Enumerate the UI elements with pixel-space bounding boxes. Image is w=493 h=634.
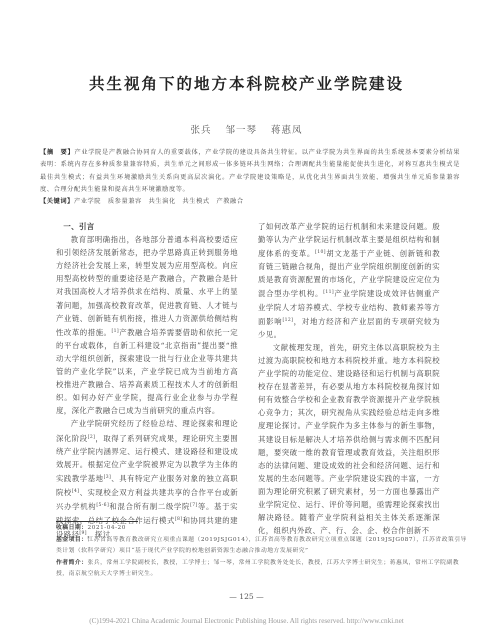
keywords-list: 产业学院 质参量兼容 共生演化 共生模式 产教融合 xyxy=(74,198,244,205)
body-column-left: 一、引言 教育部明确指出，各地部分普通本科高校要适应和引领经济发展新常态，把办学… xyxy=(56,220,238,541)
article-authors: 张兵 邹一琴 蒋惠凤 xyxy=(0,122,493,136)
abstract-text: 【摘 要】产业学院是产教融合协同育人的重要载体，产业学院的建设具备共生特征。以产… xyxy=(40,147,460,196)
citation[interactable]: [12] xyxy=(282,318,293,323)
citation[interactable]: [7] xyxy=(190,503,198,508)
section-heading: 一、引言 xyxy=(56,220,238,233)
paragraph-continued: 了如何改革产业学院的运行机制和未来建设问题。殷勤等认为产业学院运行机制改革主要是… xyxy=(258,220,440,341)
paragraph-review: 文献梳理发现，首先，研究主体以高职院校为主过渡为高职院校和地方本科院校并重。地方… xyxy=(258,341,440,537)
keywords-label: 【关键词】 xyxy=(40,198,74,205)
received-date: 收稿日期：2021-04-20 xyxy=(56,523,468,535)
keywords-row: 【关键词】产业学院 质参量兼容 共生演化 共生模式 产教融合 xyxy=(40,196,460,208)
fund-info: 基金项目：江苏省高等教育教改研究立项重点课题（2019JSJG014），江苏省高… xyxy=(56,535,468,558)
copyright-notice: (C)1994-2021 China Academic Journal Elec… xyxy=(0,617,493,625)
footnotes: 收稿日期：2021-04-20 基金项目：江苏省高等教育教改研究立项重点课题（2… xyxy=(56,523,468,581)
citation[interactable]: [10] xyxy=(315,250,326,255)
body-column-right: 了如何改革产业学院的运行机制和未来建设问题。殷勤等认为产业学院运行机制改革主要是… xyxy=(258,220,440,537)
citation[interactable]: [11] xyxy=(323,290,334,295)
abstract-block: 【摘 要】产业学院是产教融合协同育人的重要载体，产业学院的建设具备共生特征。以产… xyxy=(40,147,460,208)
citation[interactable]: [5-6] xyxy=(96,503,109,508)
paragraph-intro: 教育部明确指出，各地部分普通本科高校要适应和引领经济发展新常态，把办学思路真正转… xyxy=(56,233,238,417)
page-number: — 125 — xyxy=(0,592,493,601)
abstract-body: 产业学院是产教融合协同育人的重要载体，产业学院的建设具备共生特征。以产业学院为共… xyxy=(40,149,460,193)
article-title: 共生视角下的地方本科院校产业学院建设 xyxy=(0,72,493,94)
citation[interactable]: [1] xyxy=(112,329,120,334)
author-bio: 作者简介：张兵，常州工学院副校长，教授，工学博士；邹一琴，常州工学院教务处处长，… xyxy=(56,558,468,581)
footnote-divider xyxy=(56,521,138,522)
abstract-label: 【摘 要】 xyxy=(40,149,74,156)
